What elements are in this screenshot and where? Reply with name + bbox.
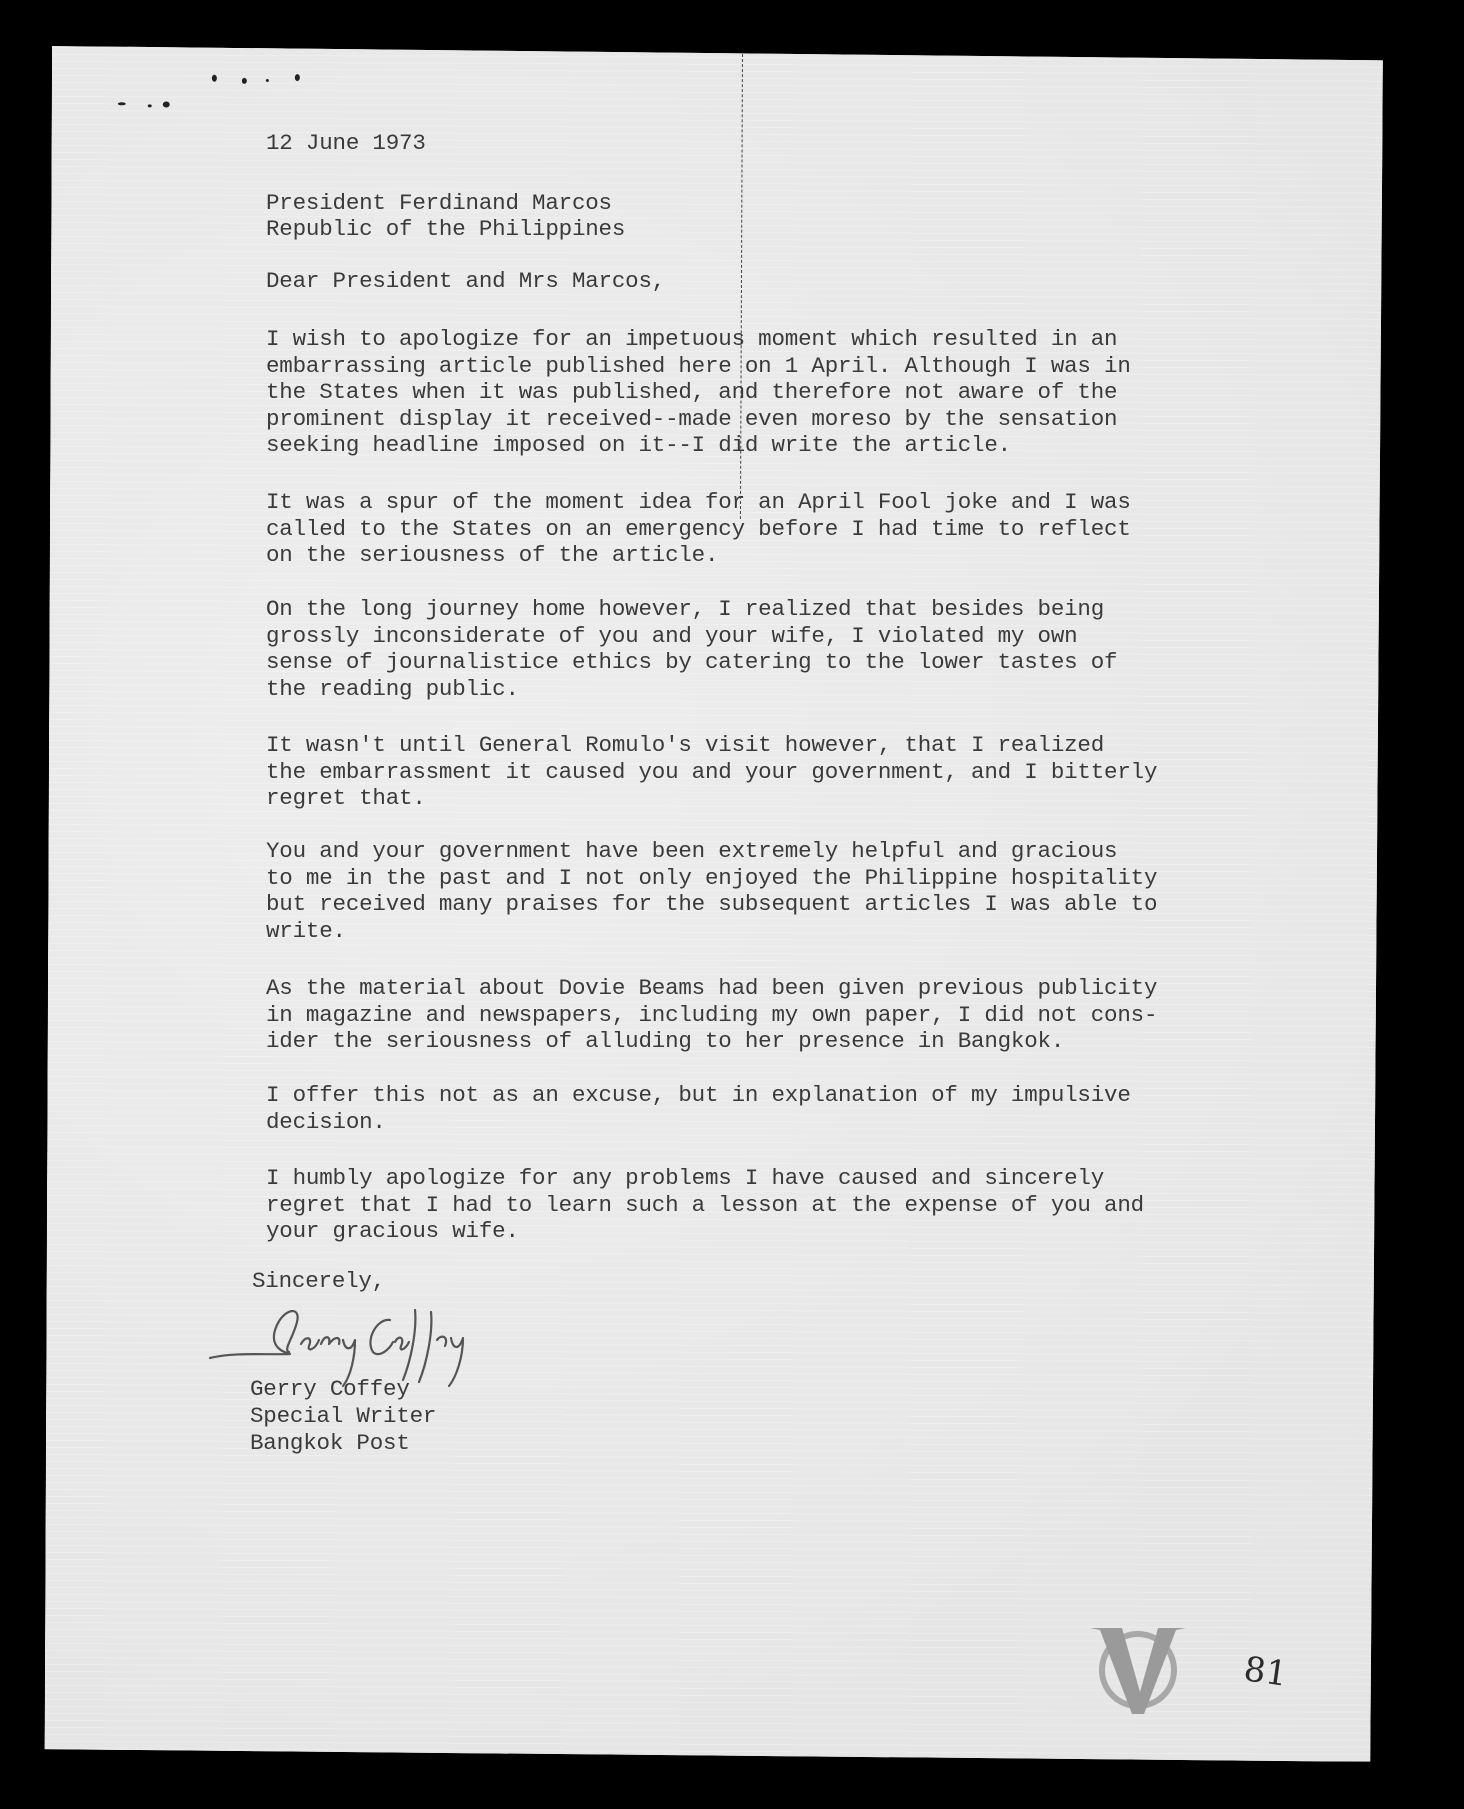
signer-name: Gerry Coffey bbox=[250, 1376, 410, 1403]
recipient-name: President Ferdinand Marcos bbox=[266, 190, 612, 217]
vera-files-watermark-logo bbox=[1088, 1622, 1188, 1717]
paragraph-4: It wasn't until General Romulo's visit h… bbox=[266, 732, 1157, 812]
letter-date: 12 June 1973 bbox=[266, 130, 426, 157]
paragraph-7: I offer this not as an excuse, but in ex… bbox=[266, 1082, 1131, 1135]
paragraph-3: On the long journey home however, I real… bbox=[266, 596, 1117, 702]
paragraph-6: As the material about Dovie Beams had be… bbox=[266, 975, 1157, 1055]
paragraph-1: I wish to apologize for an impetuous mom… bbox=[266, 326, 1131, 459]
signer-organization: Bangkok Post bbox=[250, 1430, 410, 1457]
paragraph-8: I humbly apologize for any problems I ha… bbox=[266, 1165, 1144, 1245]
handwritten-page-number: 81 bbox=[1241, 1649, 1289, 1695]
closing: Sincerely, bbox=[252, 1268, 385, 1295]
recipient-country: Republic of the Philippines bbox=[266, 216, 625, 243]
signer-title: Special Writer bbox=[250, 1403, 436, 1430]
paragraph-2: It was a spur of the moment idea for an … bbox=[266, 489, 1131, 569]
paragraph-5: You and your government have been extrem… bbox=[266, 838, 1157, 944]
salutation: Dear President and Mrs Marcos, bbox=[266, 268, 665, 295]
